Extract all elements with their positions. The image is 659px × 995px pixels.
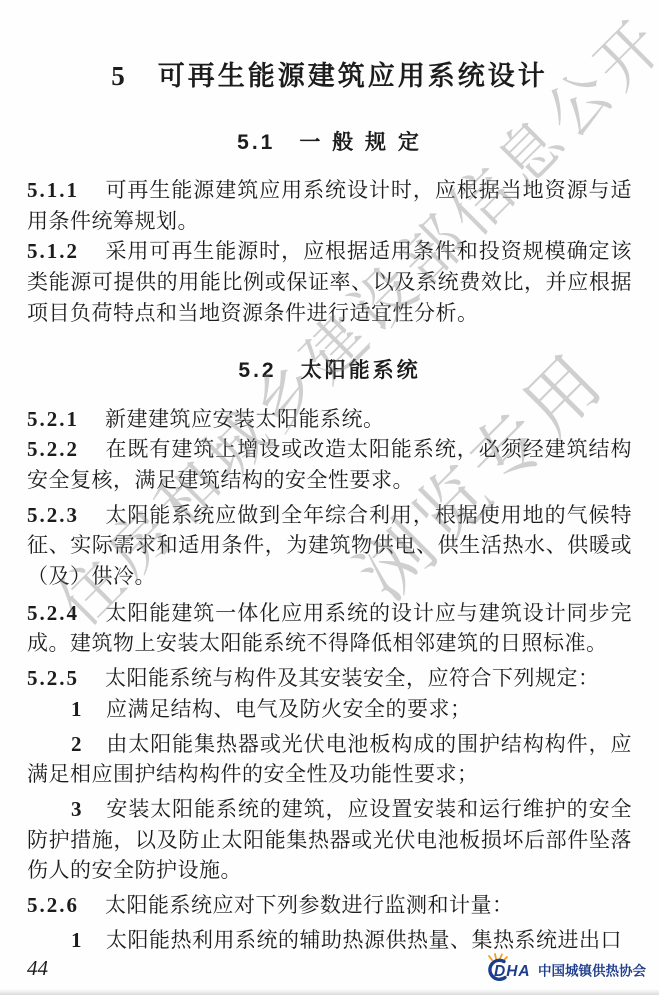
clause-5-2-5-item-3: 3安装太阳能系统的建筑，应设置安装和运行维护的安全 防护措施，以及防止太阳能集热… bbox=[27, 794, 632, 886]
clause-line: 5.2.3太阳能系统应做到全年综合利用，根据使用地的气候特 bbox=[27, 500, 632, 531]
section-heading-5-2: 5.2 太阳能系统 bbox=[27, 356, 632, 386]
clause-text: 太阳能建筑一体化应用系统的设计应与建筑设计同步完 bbox=[105, 601, 632, 625]
clause-5-1-2: 5.1.2采用可再生能源时，应根据适用条件和投资规模确定该 类能源可提供的用能比… bbox=[27, 236, 632, 328]
scan-artifact bbox=[0, 989, 659, 995]
item-text: 太阳能热利用系统的辅助热源供热量、集热系统进出口 bbox=[106, 928, 622, 952]
dha-association-logo: DHA 中国城镇供热协会 bbox=[483, 953, 649, 985]
clause-line: 成。建筑物上安装太阳能系统不得降低相邻建筑的日照标准。 bbox=[27, 628, 632, 659]
clause-number: 5.2.6 bbox=[27, 893, 79, 917]
logo-name: 中国城镇供热协会 bbox=[538, 963, 646, 979]
chapter-title: 5 可再生能源建筑应用系统设计 bbox=[0, 54, 659, 93]
clause-line: 5.2.2在既有建筑上增设或改造太阳能系统，必须经建筑结构 bbox=[27, 434, 632, 465]
clause-5-2-6-item-1: 1太阳能热利用系统的辅助热源供热量、集热系统进出口 bbox=[27, 925, 632, 956]
page-number: 44 bbox=[27, 956, 48, 981]
section-heading-5-1: 5.1 一 般 规 定 bbox=[27, 128, 632, 158]
clause-number: 5.2.2 bbox=[27, 437, 79, 461]
logo-acronym: DHA bbox=[494, 963, 531, 980]
clause-number: 5.2.4 bbox=[27, 601, 79, 625]
item-text: 应满足结构、电气及防火安全的要求； bbox=[106, 697, 472, 721]
clause-text: 采用可再生能源时，应根据适用条件和投资规模确定该 bbox=[105, 239, 632, 263]
item-number: 2 bbox=[71, 732, 82, 756]
clause-number: 5.2.1 bbox=[27, 407, 79, 431]
clause-5-2-5-item-2: 2由太阳能集热器或光伏电池板构成的围护结构构件，应 满足相应围护结构构件的安全性… bbox=[27, 729, 632, 790]
clause-line: 用条件统筹规划。 bbox=[27, 206, 632, 237]
clause-line: 5.2.1新建建筑应安装太阳能系统。 bbox=[27, 404, 632, 435]
item-number: 1 bbox=[71, 697, 82, 721]
item-text: 由太阳能集热器或光伏电池板构成的围护结构构件，应 bbox=[106, 732, 632, 756]
item-line: 3安装太阳能系统的建筑，应设置安装和运行维护的安全 bbox=[27, 794, 632, 825]
clause-line: 项目负荷特点和当地资源条件进行适宜性分析。 bbox=[27, 298, 632, 329]
clause-5-2-3: 5.2.3太阳能系统应做到全年综合利用，根据使用地的气候特 征、实际需求和适用条… bbox=[27, 500, 632, 592]
clause-line: 5.1.2采用可再生能源时，应根据适用条件和投资规模确定该 bbox=[27, 236, 632, 267]
clause-line: 5.2.5太阳能系统与构件及其安装安全，应符合下列规定： bbox=[27, 663, 632, 694]
item-number: 3 bbox=[71, 797, 82, 821]
item-line: 1应满足结构、电气及防火安全的要求； bbox=[27, 694, 632, 725]
clause-line: 5.2.6太阳能系统应对下列参数进行监测和计量： bbox=[27, 890, 632, 921]
item-line: 满足相应围护结构构件的安全性及功能性要求； bbox=[27, 759, 632, 790]
clause-line: （及）供冷。 bbox=[27, 561, 632, 592]
clause-number: 5.1.2 bbox=[27, 239, 79, 263]
clause-number: 5.2.5 bbox=[27, 666, 79, 690]
clause-5-1-1: 5.1.1可再生能源建筑应用系统设计时，应根据当地资源与适 用条件统筹规划。 bbox=[27, 175, 632, 236]
clause-number: 5.2.3 bbox=[27, 503, 79, 527]
item-line: 1太阳能热利用系统的辅助热源供热量、集热系统进出口 bbox=[27, 925, 632, 956]
clause-text: 太阳能系统与构件及其安装安全，应符合下列规定： bbox=[105, 666, 600, 690]
item-number: 1 bbox=[71, 928, 82, 952]
item-line: 防护措施，以及防止太阳能集热器或光伏电池板损坏后部件坠落 bbox=[27, 825, 632, 856]
clause-5-2-1: 5.2.1新建建筑应安装太阳能系统。 bbox=[27, 404, 632, 435]
clause-text: 太阳能系统应对下列参数进行监测和计量： bbox=[105, 893, 514, 917]
clause-5-2-6: 5.2.6太阳能系统应对下列参数进行监测和计量： bbox=[27, 890, 632, 921]
clause-line: 安全复核，满足建筑结构的安全性要求。 bbox=[27, 465, 632, 496]
clause-number: 5.1.1 bbox=[27, 178, 79, 202]
clause-line: 征、实际需求和适用条件，为建筑物供电、供生活热水、供暖或 bbox=[27, 530, 632, 561]
clause-line: 类能源可提供的用能比例或保证率、以及系统费效比，并应根据 bbox=[27, 267, 632, 298]
page-body: 5.1 一 般 规 定 5.1.1可再生能源建筑应用系统设计时，应根据当地资源与… bbox=[27, 128, 632, 955]
clause-5-2-2: 5.2.2在既有建筑上增设或改造太阳能系统，必须经建筑结构 安全复核，满足建筑结… bbox=[27, 434, 632, 495]
document-page: 住房和城乡建设部信息公开 浏览专用 5 可再生能源建筑应用系统设计 5.1 一 … bbox=[0, 0, 659, 995]
item-line: 伤人的安全防护设施。 bbox=[27, 855, 632, 886]
clause-text: 太阳能系统应做到全年综合利用，根据使用地的气候特 bbox=[105, 503, 632, 527]
clause-text: 新建建筑应安装太阳能系统。 bbox=[105, 407, 385, 431]
clause-5-2-5: 5.2.5太阳能系统与构件及其安装安全，应符合下列规定： bbox=[27, 663, 632, 694]
item-line: 2由太阳能集热器或光伏电池板构成的围护结构构件，应 bbox=[27, 729, 632, 760]
clause-line: 5.1.1可再生能源建筑应用系统设计时，应根据当地资源与适 bbox=[27, 175, 632, 206]
item-text: 安装太阳能系统的建筑，应设置安装和运行维护的安全 bbox=[106, 797, 632, 821]
clause-line: 5.2.4太阳能建筑一体化应用系统的设计应与建筑设计同步完 bbox=[27, 598, 632, 629]
clause-text: 可再生能源建筑应用系统设计时，应根据当地资源与适 bbox=[105, 178, 632, 202]
clause-text: 在既有建筑上增设或改造太阳能系统，必须经建筑结构 bbox=[105, 437, 632, 461]
clause-5-2-4: 5.2.4太阳能建筑一体化应用系统的设计应与建筑设计同步完 成。建筑物上安装太阳… bbox=[27, 598, 632, 659]
clause-5-2-5-item-1: 1应满足结构、电气及防火安全的要求； bbox=[27, 694, 632, 725]
